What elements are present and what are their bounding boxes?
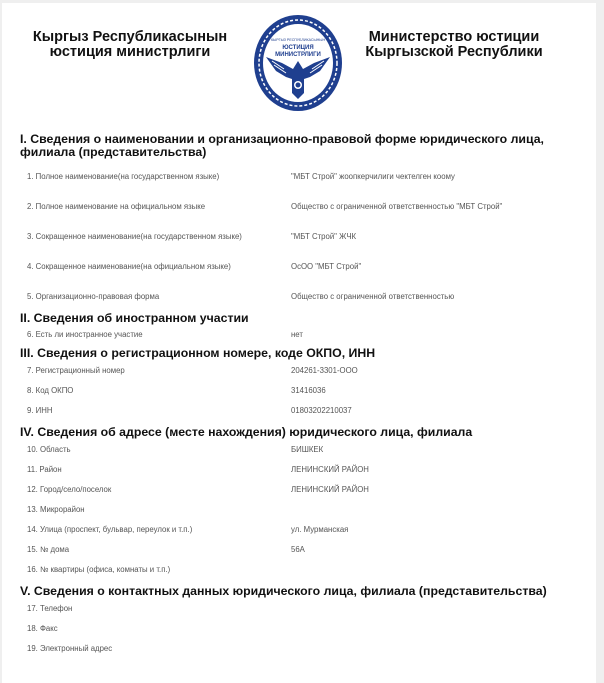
field-value — [291, 505, 590, 514]
field-label: 19. Электронный адрес — [20, 644, 291, 653]
ministry-name-kyrgyz: Кыргыз Республикасынын юстиция министрли… — [30, 30, 230, 60]
field-value: Общество с ограниченной ответственностью — [291, 292, 590, 301]
field-value — [291, 624, 590, 633]
ministry-name-russian-line1: Министерство юстиции — [354, 30, 554, 45]
field-value: нет — [291, 330, 590, 339]
field-value: "МБТ Строй" жоопкерчилиги чектелген коом… — [291, 172, 590, 181]
table-row: 6. Есть ли иностранное участие нет — [20, 330, 590, 339]
field-value: "МБТ Строй" ЖЧК — [291, 232, 590, 241]
table-row: 18. Факс — [20, 624, 590, 633]
table-row: 15. № дома 56А — [20, 545, 590, 554]
ministry-name-russian-line2: Кыргызской Республики — [354, 45, 554, 60]
table-row: 9. ИНН 01803202210037 — [20, 406, 590, 415]
field-label: 7. Регистрационный номер — [20, 366, 291, 375]
ministry-of-justice-emblem-icon: КЫРГЫЗ РЕСПУБЛИКАСЫНЫН ЮСТИЦИЯ МИНИСТРЛИ… — [252, 13, 344, 113]
field-value: ЛЕНИНСКИЙ РАЙОН — [291, 485, 590, 494]
field-value: 01803202210037 — [291, 406, 590, 415]
field-label: 2. Полное наименование на официальном яз… — [20, 202, 291, 211]
document-header: Кыргыз Республикасынын юстиция министрли… — [2, 3, 596, 128]
table-row: 5. Организационно-правовая форма Обществ… — [20, 292, 590, 301]
field-value — [291, 565, 590, 574]
svg-text:ЮСТИЦИЯ: ЮСТИЦИЯ — [282, 45, 313, 51]
table-row: 14. Улица (проспект, бульвар, переулок и… — [20, 525, 590, 534]
field-label: 1. Полное наименование(на государственно… — [20, 172, 291, 181]
document-content: I. Сведения о наименовании и организацио… — [20, 133, 590, 653]
table-row: 11. Район ЛЕНИНСКИЙ РАЙОН — [20, 465, 590, 474]
ministry-name-russian: Министерство юстиции Кыргызской Республи… — [354, 30, 554, 60]
table-row: 17. Телефон — [20, 604, 590, 613]
field-label: 15. № дома — [20, 545, 291, 554]
section-title: II. Сведения об иностранном участии — [20, 312, 590, 325]
section-title: I. Сведения о наименовании и организацио… — [20, 133, 590, 159]
field-label: 14. Улица (проспект, бульвар, переулок и… — [20, 525, 291, 534]
ministry-name-kyrgyz-line1: Кыргыз Республикасынын — [30, 30, 230, 45]
table-row: 13. Микрорайон — [20, 505, 590, 514]
field-label: 12. Город/село/поселок — [20, 485, 291, 494]
table-row: 19. Электронный адрес — [20, 644, 590, 653]
svg-text:КЫРГЫЗ РЕСПУБЛИКАСЫНЫН: КЫРГЫЗ РЕСПУБЛИКАСЫНЫН — [271, 38, 325, 42]
section-contacts: V. Сведения о контактных данных юридичес… — [20, 585, 590, 653]
section-title: V. Сведения о контактных данных юридичес… — [20, 585, 590, 598]
ministry-name-kyrgyz-line2: юстиция министрлиги — [30, 45, 230, 60]
section-title: IV. Сведения об адресе (месте нахождения… — [20, 426, 590, 439]
table-row: 8. Код ОКПО 31416036 — [20, 386, 590, 395]
field-value: 204261-3301-ООО — [291, 366, 590, 375]
field-value: 56А — [291, 545, 590, 554]
section-registration-numbers: III. Сведения о регистрационном номере, … — [20, 347, 590, 415]
section-name-and-legal-form: I. Сведения о наименовании и организацио… — [20, 133, 590, 301]
table-row: 16. № квартиры (офиса, комнаты и т.п.) — [20, 565, 590, 574]
field-label: 17. Телефон — [20, 604, 291, 613]
field-label: 18. Факс — [20, 624, 291, 633]
field-value: 31416036 — [291, 386, 590, 395]
table-row: 12. Город/село/поселок ЛЕНИНСКИЙ РАЙОН — [20, 485, 590, 494]
field-label: 4. Сокращенное наименование(на официальн… — [20, 262, 291, 271]
table-row: 2. Полное наименование на официальном яз… — [20, 202, 590, 211]
table-row: 10. Область БИШКЕК — [20, 445, 590, 454]
field-value: БИШКЕК — [291, 445, 590, 454]
field-label: 9. ИНН — [20, 406, 291, 415]
field-value — [291, 644, 590, 653]
document-page: Кыргыз Республикасынын юстиция министрли… — [2, 3, 596, 683]
section-foreign-participation: II. Сведения об иностранном участии 6. Е… — [20, 312, 590, 339]
table-row: 1. Полное наименование(на государственно… — [20, 172, 590, 181]
field-value: ОсОО "МБТ Строй" — [291, 262, 590, 271]
field-value: Общество с ограниченной ответственностью… — [291, 202, 590, 211]
field-label: 10. Область — [20, 445, 291, 454]
field-label: 16. № квартиры (офиса, комнаты и т.п.) — [20, 565, 291, 574]
field-label: 8. Код ОКПО — [20, 386, 291, 395]
field-value: ЛЕНИНСКИЙ РАЙОН — [291, 465, 590, 474]
field-label: 3. Сокращенное наименование(на государст… — [20, 232, 291, 241]
field-value — [291, 604, 590, 613]
section-address: IV. Сведения об адресе (месте нахождения… — [20, 426, 590, 574]
field-label: 5. Организационно-правовая форма — [20, 292, 291, 301]
field-label: 11. Район — [20, 465, 291, 474]
field-label: 13. Микрорайон — [20, 505, 291, 514]
section-title: III. Сведения о регистрационном номере, … — [20, 347, 590, 360]
table-row: 7. Регистрационный номер 204261-3301-ООО — [20, 366, 590, 375]
svg-text:МИНИСТРЛИГИ: МИНИСТРЛИГИ — [275, 52, 321, 58]
table-row: 3. Сокращенное наименование(на государст… — [20, 232, 590, 241]
field-label: 6. Есть ли иностранное участие — [20, 330, 291, 339]
field-value: ул. Мурманская — [291, 525, 590, 534]
table-row: 4. Сокращенное наименование(на официальн… — [20, 262, 590, 271]
